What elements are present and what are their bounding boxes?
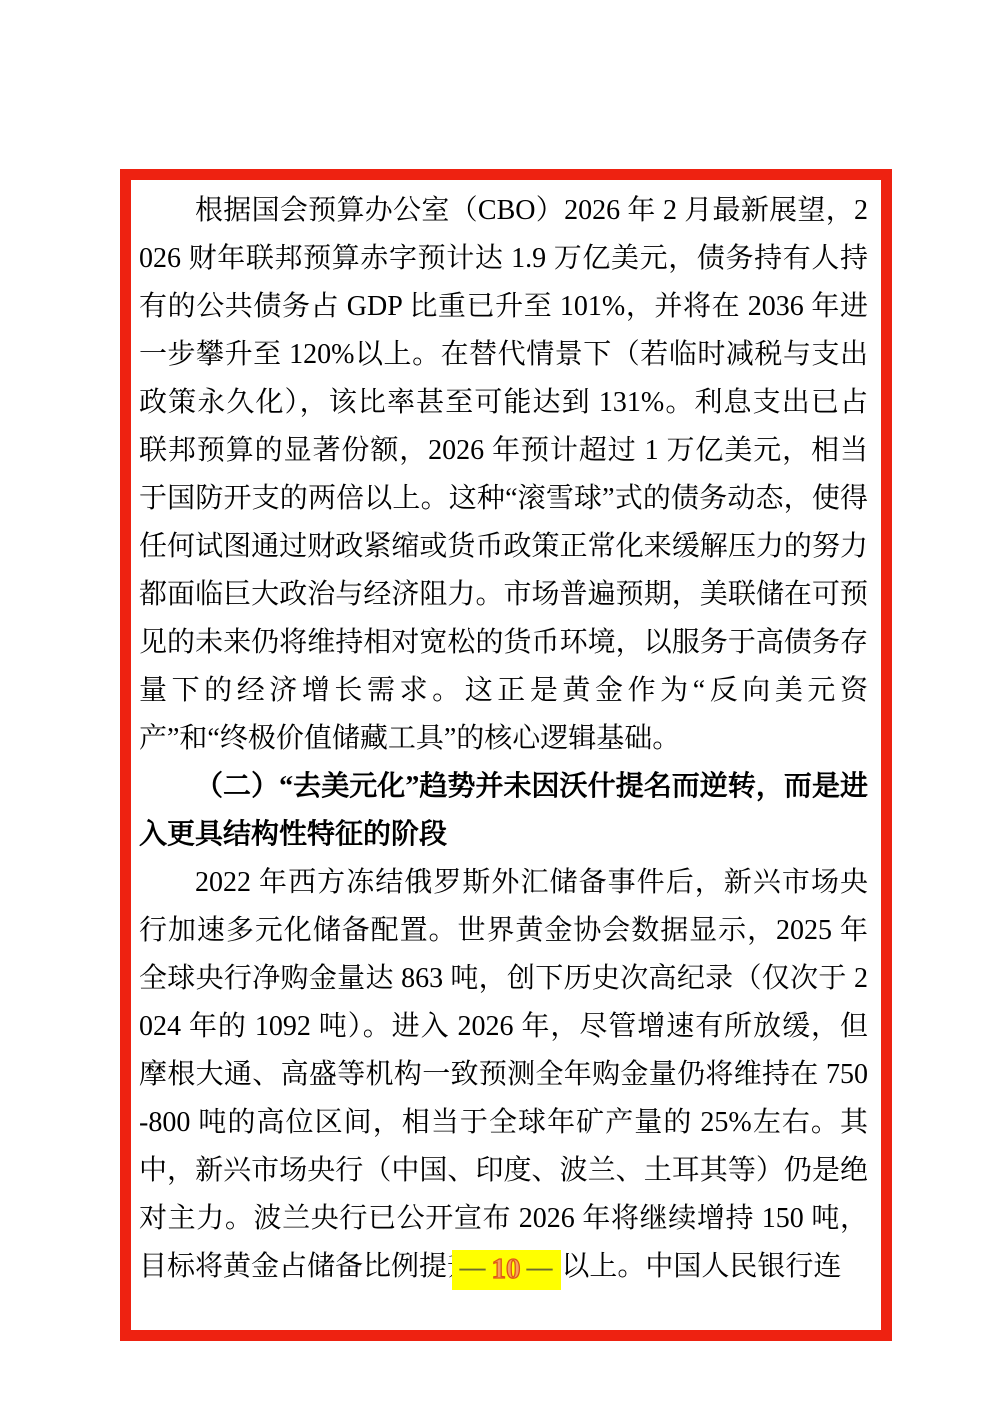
page-number-dash-right: — — [527, 1253, 553, 1282]
document-page: 根据国会预算办公室（CBO）2026 年 2 月最新展望，2026 财年联邦预算… — [0, 0, 1000, 1414]
page-border-frame: 根据国会预算办公室（CBO）2026 年 2 月最新展望，2026 财年联邦预算… — [120, 169, 892, 1341]
section-heading-dedollarization: （二）“去美元化”趋势并未因沃什提名而逆转，而是进入更具结构性特征的阶段 — [139, 763, 868, 859]
document-content: 根据国会预算办公室（CBO）2026 年 2 月最新展望，2026 财年联邦预算… — [131, 180, 881, 1291]
paragraph-cbo-outlook: 根据国会预算办公室（CBO）2026 年 2 月最新展望，2026 财年联邦预算… — [139, 187, 868, 763]
page-number-dash-left: — — [460, 1253, 486, 1282]
page-number: 10 — [492, 1254, 521, 1284]
page-number-highlight: —10— — [452, 1250, 561, 1290]
paragraph-central-bank-gold: 2022 年西方冻结俄罗斯外汇储备事件后，新兴市场央行加速多元化储备配置。世界黄… — [139, 859, 868, 1291]
page-footer: —10— — [131, 1250, 881, 1290]
